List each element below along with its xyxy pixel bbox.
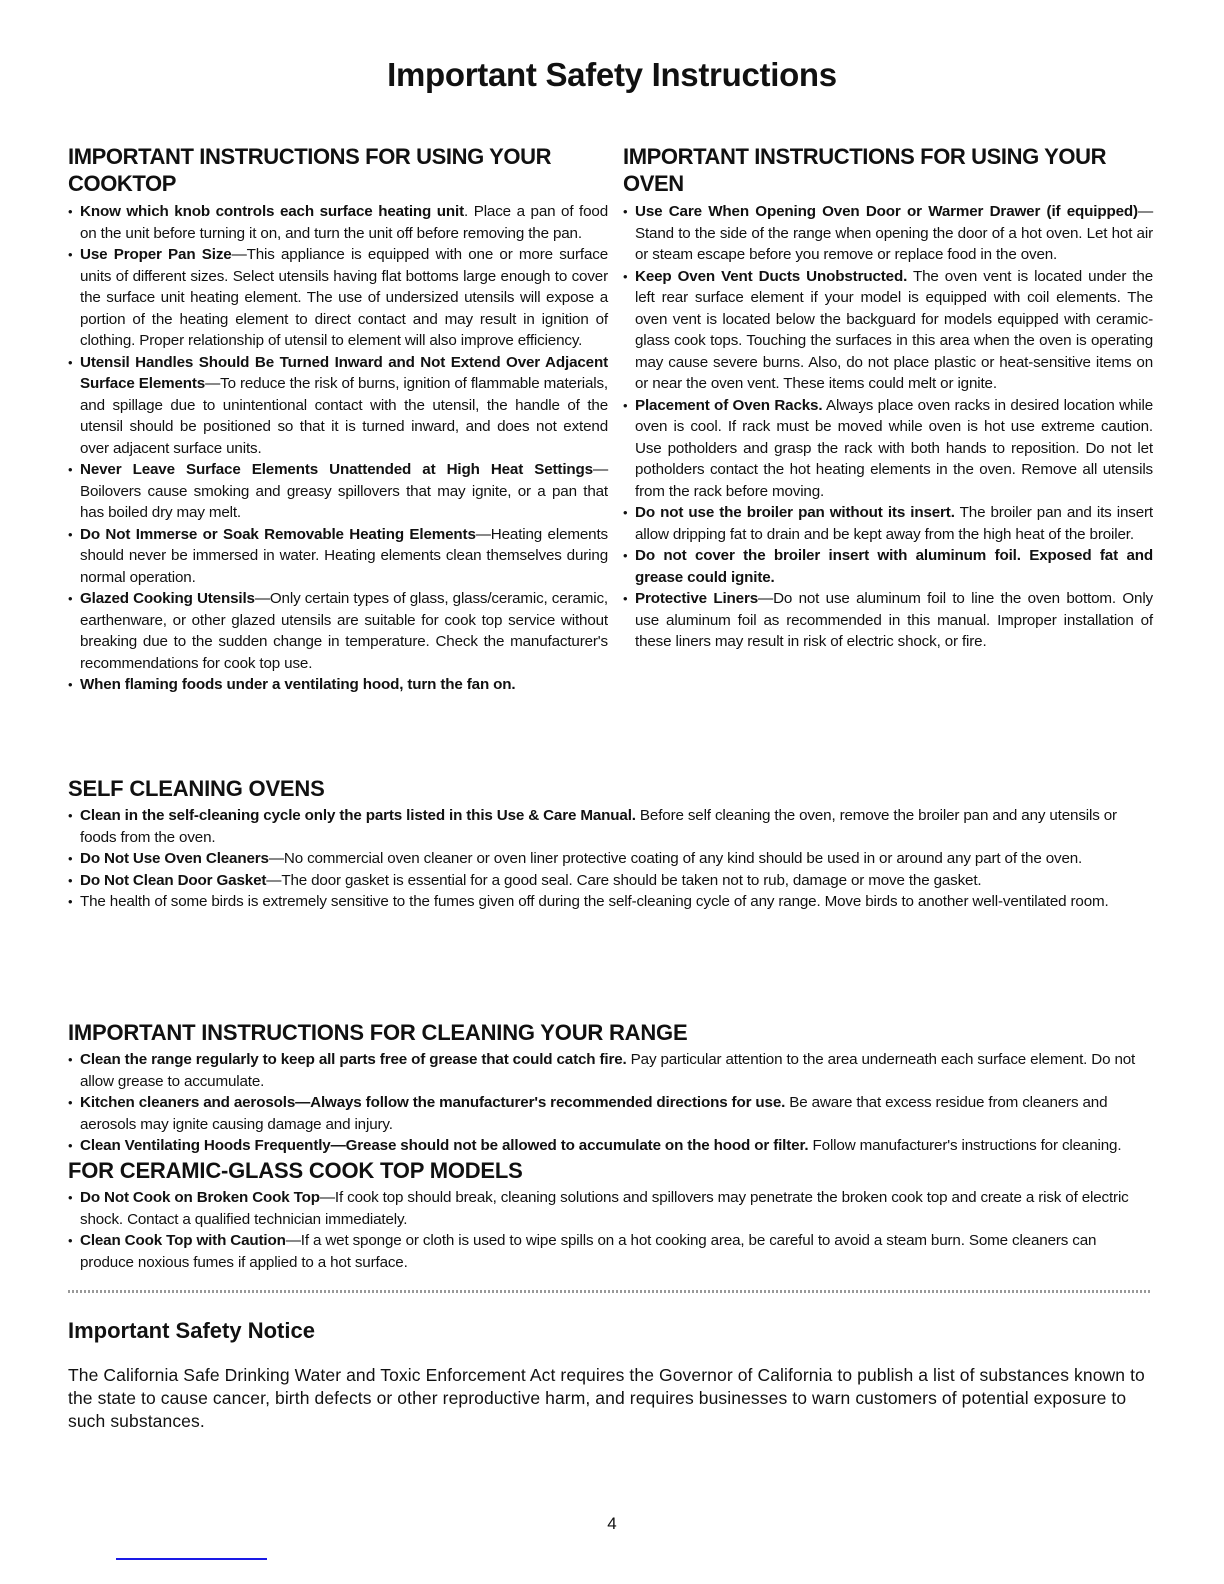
list-item: Use Care When Opening Oven Door or Warme… <box>623 201 1153 266</box>
cooktop-heading: IMPORTANT INSTRUCTIONS FOR USING YOUR CO… <box>68 143 608 197</box>
item-lead: Do not cover the broiler insert with alu… <box>635 547 1153 586</box>
item-lead: Glazed Cooking Utensils <box>80 590 255 607</box>
item-lead: Do Not Use Oven Cleaners <box>80 850 269 867</box>
list-item: Never Leave Surface Elements Unattended … <box>68 459 608 524</box>
ceramic-glass-list: Do Not Cook on Broken Cook Top—If cook t… <box>68 1187 1152 1273</box>
oven-section: IMPORTANT INSTRUCTIONS FOR USING YOUR OV… <box>623 143 1153 653</box>
ceramic-glass-heading: FOR CERAMIC-GLASS COOK TOP MODELS <box>68 1158 1152 1184</box>
list-item: Clean the range regularly to keep all pa… <box>68 1049 1152 1092</box>
item-text: —The door gasket is essential for a good… <box>266 872 981 889</box>
item-lead: Keep Oven Vent Ducts Unobstructed. <box>635 268 907 285</box>
cleaning-range-heading: IMPORTANT INSTRUCTIONS FOR CLEANING YOUR… <box>68 1020 1152 1046</box>
list-item: Kitchen cleaners and aerosols—Always fol… <box>68 1092 1152 1135</box>
item-lead: Never Leave Surface Elements Unattended … <box>80 461 593 478</box>
list-item: Utensil Handles Should Be Turned Inward … <box>68 352 608 460</box>
list-item: Do Not Cook on Broken Cook Top—If cook t… <box>68 1187 1152 1230</box>
list-item: Glazed Cooking Utensils—Only certain typ… <box>68 588 608 674</box>
list-item: Do not use the broiler pan without its i… <box>623 502 1153 545</box>
item-lead: Clean Ventilating Hoods Frequently—Greas… <box>80 1137 808 1154</box>
item-lead: Do Not Immerse or Soak Removable Heating… <box>80 526 476 543</box>
list-item: Do Not Use Oven Cleaners—No commercial o… <box>68 848 1152 870</box>
item-lead: Placement of Oven Racks. <box>635 397 822 414</box>
list-item: Use Proper Pan Size—This appliance is eq… <box>68 244 608 352</box>
list-item: Clean Ventilating Hoods Frequently—Greas… <box>68 1135 1152 1157</box>
list-item: Keep Oven Vent Ducts Unobstructed. The o… <box>623 266 1153 395</box>
self-cleaning-heading: SELF CLEANING OVENS <box>68 776 1152 802</box>
cleaning-range-section: IMPORTANT INSTRUCTIONS FOR CLEANING YOUR… <box>68 1020 1152 1157</box>
item-lead: Do Not Clean Door Gasket <box>80 872 266 889</box>
list-item: Do Not Clean Door Gasket—The door gasket… <box>68 870 1152 892</box>
item-lead: Clean Cook Top with Caution <box>80 1232 286 1249</box>
item-text: The oven vent is located under the left … <box>635 268 1153 393</box>
cooktop-section: IMPORTANT INSTRUCTIONS FOR USING YOUR CO… <box>68 143 608 696</box>
list-item: When flaming foods under a ventilating h… <box>68 674 608 696</box>
dotted-divider <box>68 1290 1152 1293</box>
blue-underline <box>116 1558 267 1560</box>
item-lead: Do Not Cook on Broken Cook Top <box>80 1189 320 1206</box>
item-lead: Clean in the self-cleaning cycle only th… <box>80 807 636 824</box>
ceramic-glass-section: FOR CERAMIC-GLASS COOK TOP MODELS Do Not… <box>68 1158 1152 1273</box>
item-lead: Protective Liners <box>635 590 758 607</box>
item-lead: Know which knob controls each surface he… <box>80 203 464 220</box>
list-item: Placement of Oven Racks. Always place ov… <box>623 395 1153 503</box>
item-lead: Use Care When Opening Oven Door or Warme… <box>635 203 1138 220</box>
item-lead: Do not use the broiler pan without its i… <box>635 504 955 521</box>
list-item: Know which knob controls each surface he… <box>68 201 608 244</box>
cooktop-list: Know which knob controls each surface he… <box>68 201 608 696</box>
notice-body: The California Safe Drinking Water and T… <box>68 1364 1152 1433</box>
notice-title: Important Safety Notice <box>68 1318 315 1344</box>
page-number: 4 <box>0 1514 1224 1534</box>
item-lead: Use Proper Pan Size <box>80 246 232 263</box>
item-text: —No commercial oven cleaner or oven line… <box>269 850 1082 867</box>
cleaning-range-list: Clean the range regularly to keep all pa… <box>68 1049 1152 1157</box>
item-lead: When flaming foods under a ventilating h… <box>80 676 516 693</box>
list-item: Do Not Immerse or Soak Removable Heating… <box>68 524 608 589</box>
list-item: The health of some birds is extremely se… <box>68 891 1152 913</box>
page-title: Important Safety Instructions <box>0 56 1224 94</box>
item-text: The health of some birds is extremely se… <box>80 893 1109 910</box>
oven-heading: IMPORTANT INSTRUCTIONS FOR USING YOUR OV… <box>623 143 1153 197</box>
item-text: Follow manufacturer's instructions for c… <box>808 1137 1121 1154</box>
item-lead: Clean the range regularly to keep all pa… <box>80 1051 627 1068</box>
list-item: Clean Cook Top with Caution—If a wet spo… <box>68 1230 1152 1273</box>
list-item: Do not cover the broiler insert with alu… <box>623 545 1153 588</box>
item-lead: Kitchen cleaners and aerosols—Always fol… <box>80 1094 785 1111</box>
list-item: Protective Liners—Do not use aluminum fo… <box>623 588 1153 653</box>
self-cleaning-list: Clean in the self-cleaning cycle only th… <box>68 805 1152 913</box>
oven-list: Use Care When Opening Oven Door or Warme… <box>623 201 1153 653</box>
self-cleaning-section: SELF CLEANING OVENS Clean in the self-cl… <box>68 776 1152 913</box>
list-item: Clean in the self-cleaning cycle only th… <box>68 805 1152 848</box>
